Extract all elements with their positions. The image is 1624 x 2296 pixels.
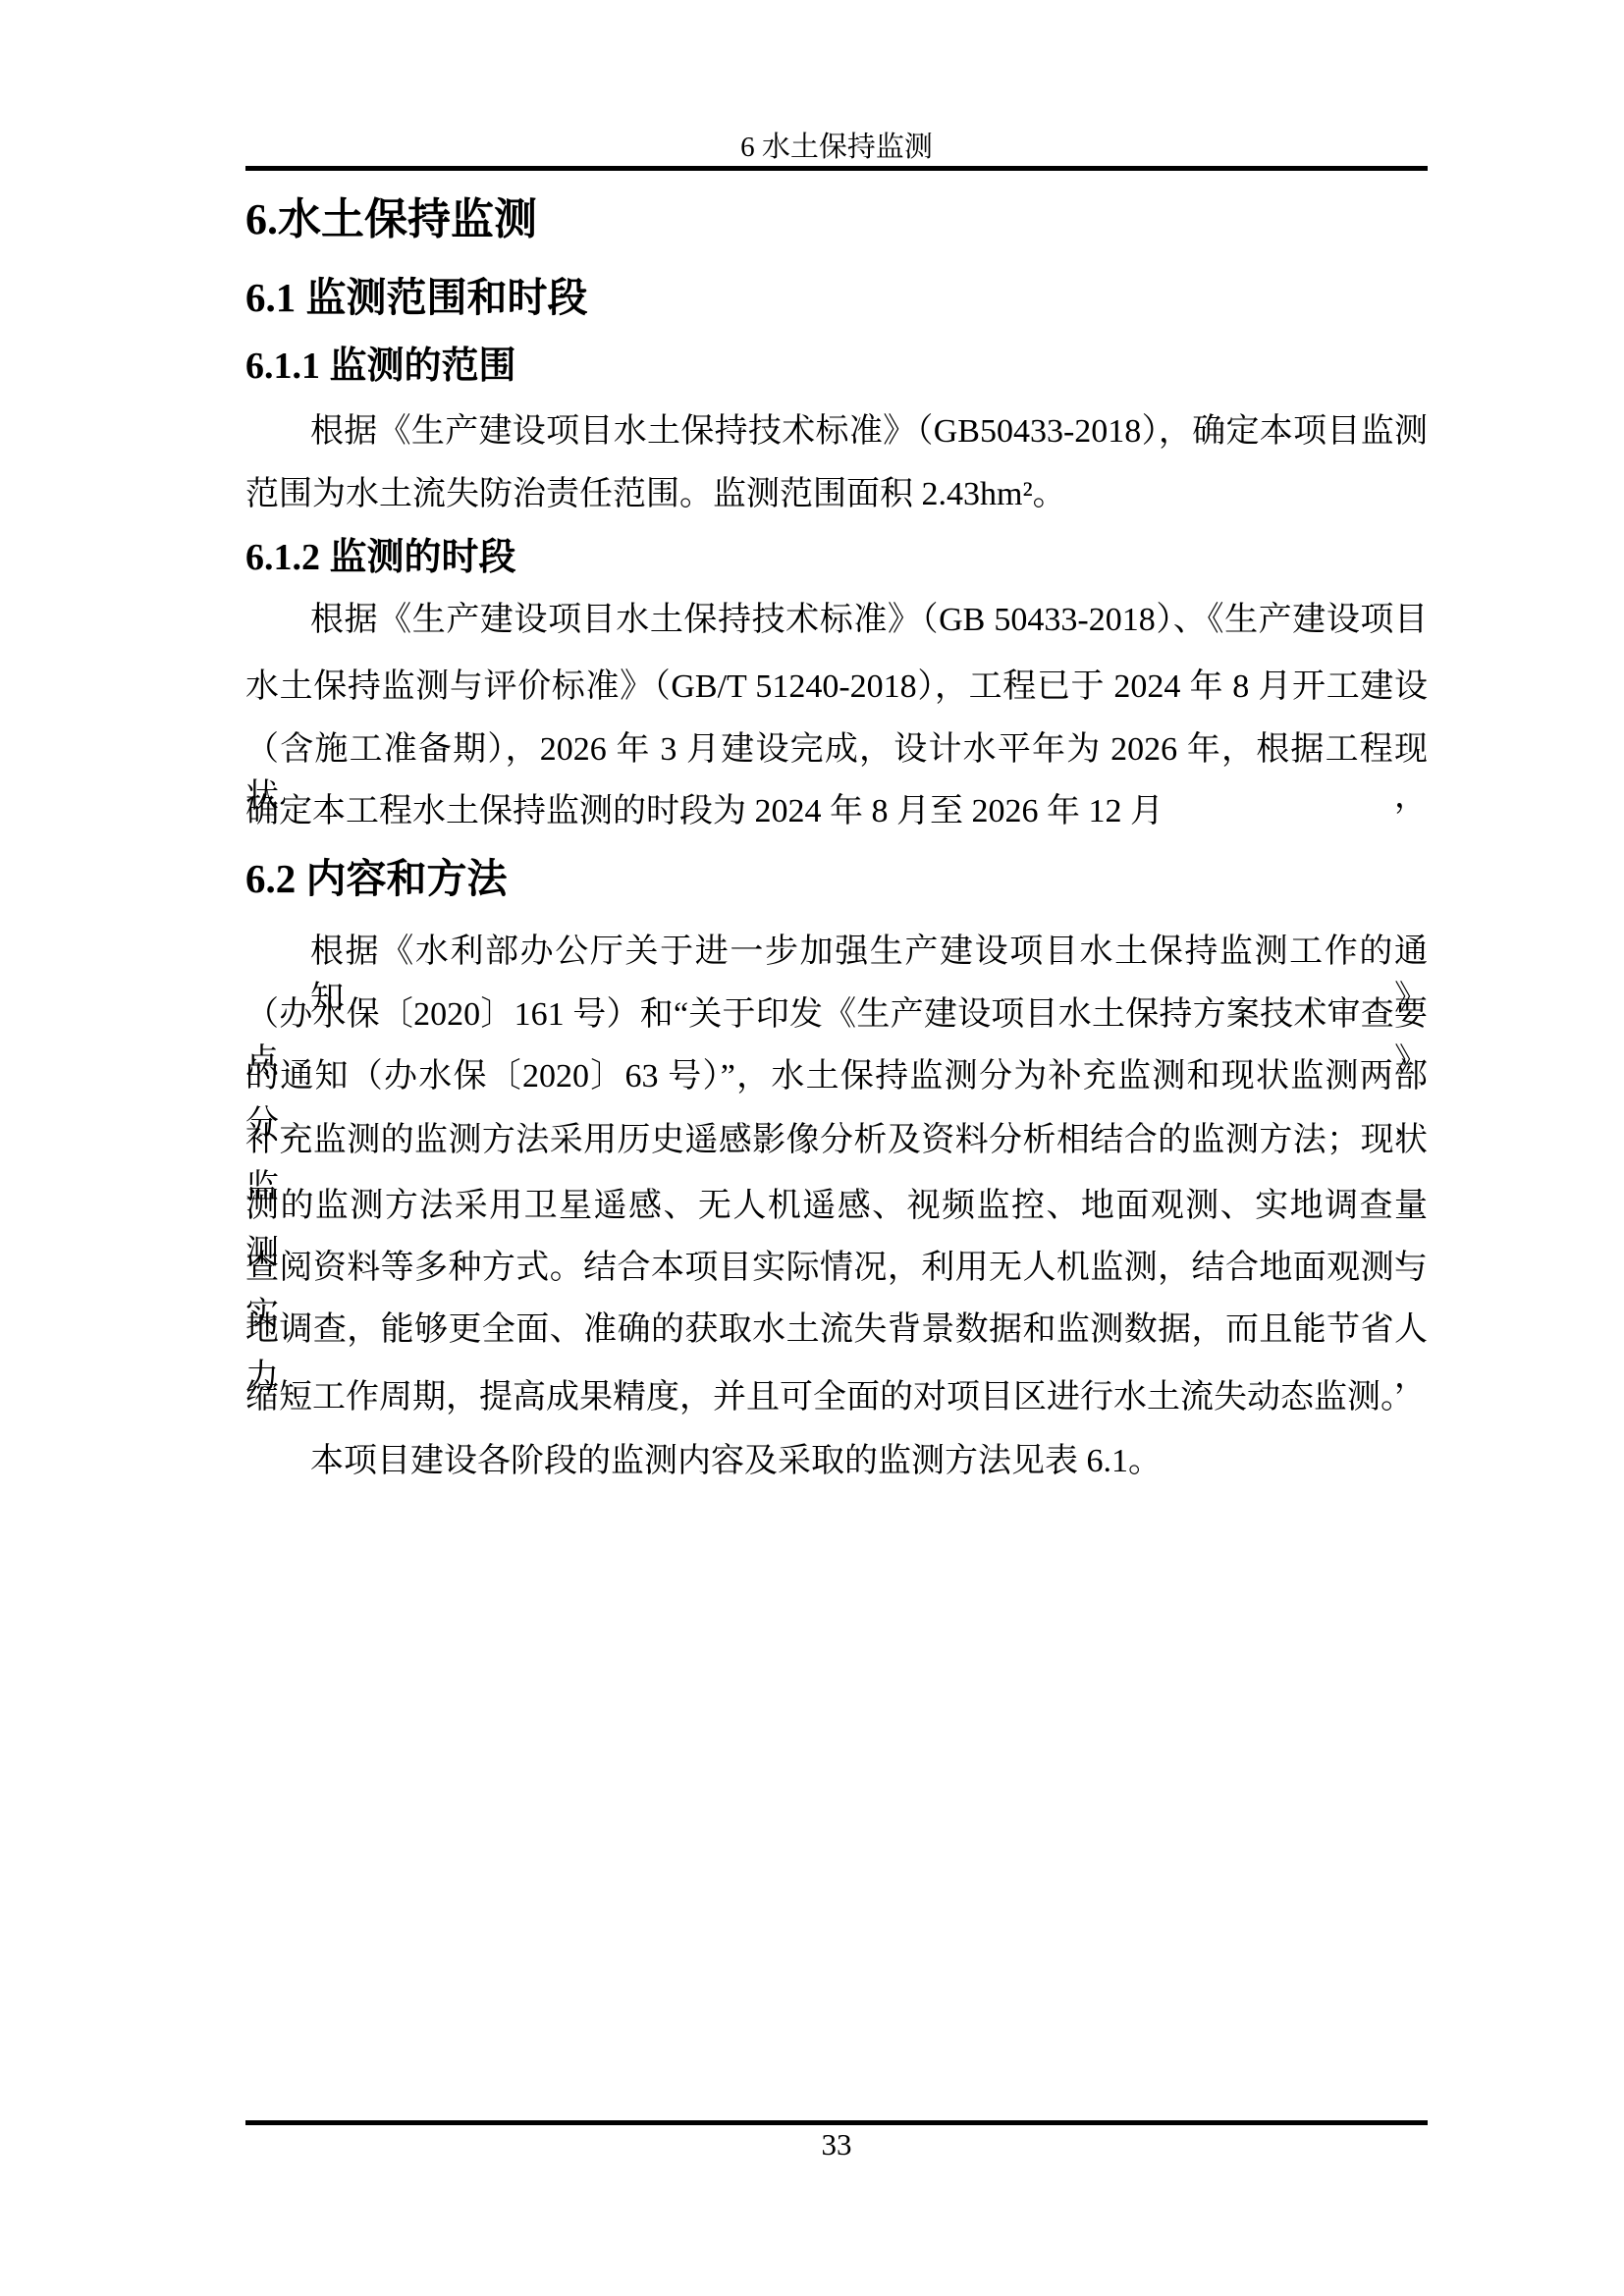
header-rule [245, 166, 1428, 171]
section-heading-6-1-2: 6.1.2 监测的时段 [245, 537, 1428, 578]
body-line: 水土保持监测与评价标准》（GB/T 51240-2018），工程已于 2024 … [245, 664, 1428, 711]
page-number: 33 [245, 2128, 1428, 2162]
body-line: 根据《生产建设项目水土保持技术标准》（GB 50433-2018）、《生产建设项… [245, 597, 1428, 644]
footer-rule [245, 2120, 1428, 2125]
body-line: 测的监测方法采用卫星遥感、无人机遥感、视频监控、地面观测、实地调查量测、 [245, 1183, 1428, 1230]
page-header-running-title: 6 水土保持监测 [245, 129, 1428, 166]
body-line: 根据《生产建设项目水土保持技术标准》（GB50433-2018），确定本项目监测 [245, 408, 1428, 455]
body-line: 查阅资料等多种方式。结合本项目实际情况，利用无人机监测，结合地面观测与实 [245, 1245, 1428, 1292]
body-line: 地调查，能够更全面、准确的获取水土流失背景数据和监测数据，而且能节省人力， [245, 1307, 1428, 1354]
body-line: 的通知（办水保〔2020〕63 号）”，水土保持监测分为补充监测和现状监测两部分… [245, 1053, 1428, 1100]
body-line: 范围为水土流失防治责任范围。监测范围面积 2.43hm²。 [245, 471, 1428, 518]
section-heading-6-1: 6.1 监测范围和时段 [245, 275, 1428, 320]
document-page: 6 水土保持监测 6.水土保持监测 6.1 监测范围和时段 6.1.1 监测的范… [0, 0, 1624, 2296]
body-line: （含施工准备期），2026 年 3 月建设完成，设计水平年为 2026 年，根据… [245, 726, 1428, 774]
body-line: （办水保〔2020〕161 号）和“关于印发《生产建设项目水土保持方案技术审查要… [245, 991, 1428, 1039]
chapter-heading: 6.水土保持监测 [245, 196, 1428, 243]
body-line: 确定本工程水土保持监测的时段为 2024 年 8 月至 2026 年 12 月 [245, 788, 1428, 835]
section-heading-6-1-1: 6.1.1 监测的范围 [245, 346, 1428, 387]
body-line: 补充监测的监测方法采用历史遥感影像分析及资料分析相结合的监测方法；现状监 [245, 1117, 1428, 1164]
body-line: 缩短工作周期，提高成果精度，并且可全面的对项目区进行水土流失动态监测。 [245, 1374, 1428, 1421]
body-line: 根据《水利部办公厅关于进一步加强生产建设项目水土保持监测工作的通知》 [245, 929, 1428, 976]
section-heading-6-2: 6.2 内容和方法 [245, 856, 1428, 901]
body-line: 本项目建设各阶段的监测内容及采取的监测方法见表 6.1。 [245, 1438, 1428, 1485]
